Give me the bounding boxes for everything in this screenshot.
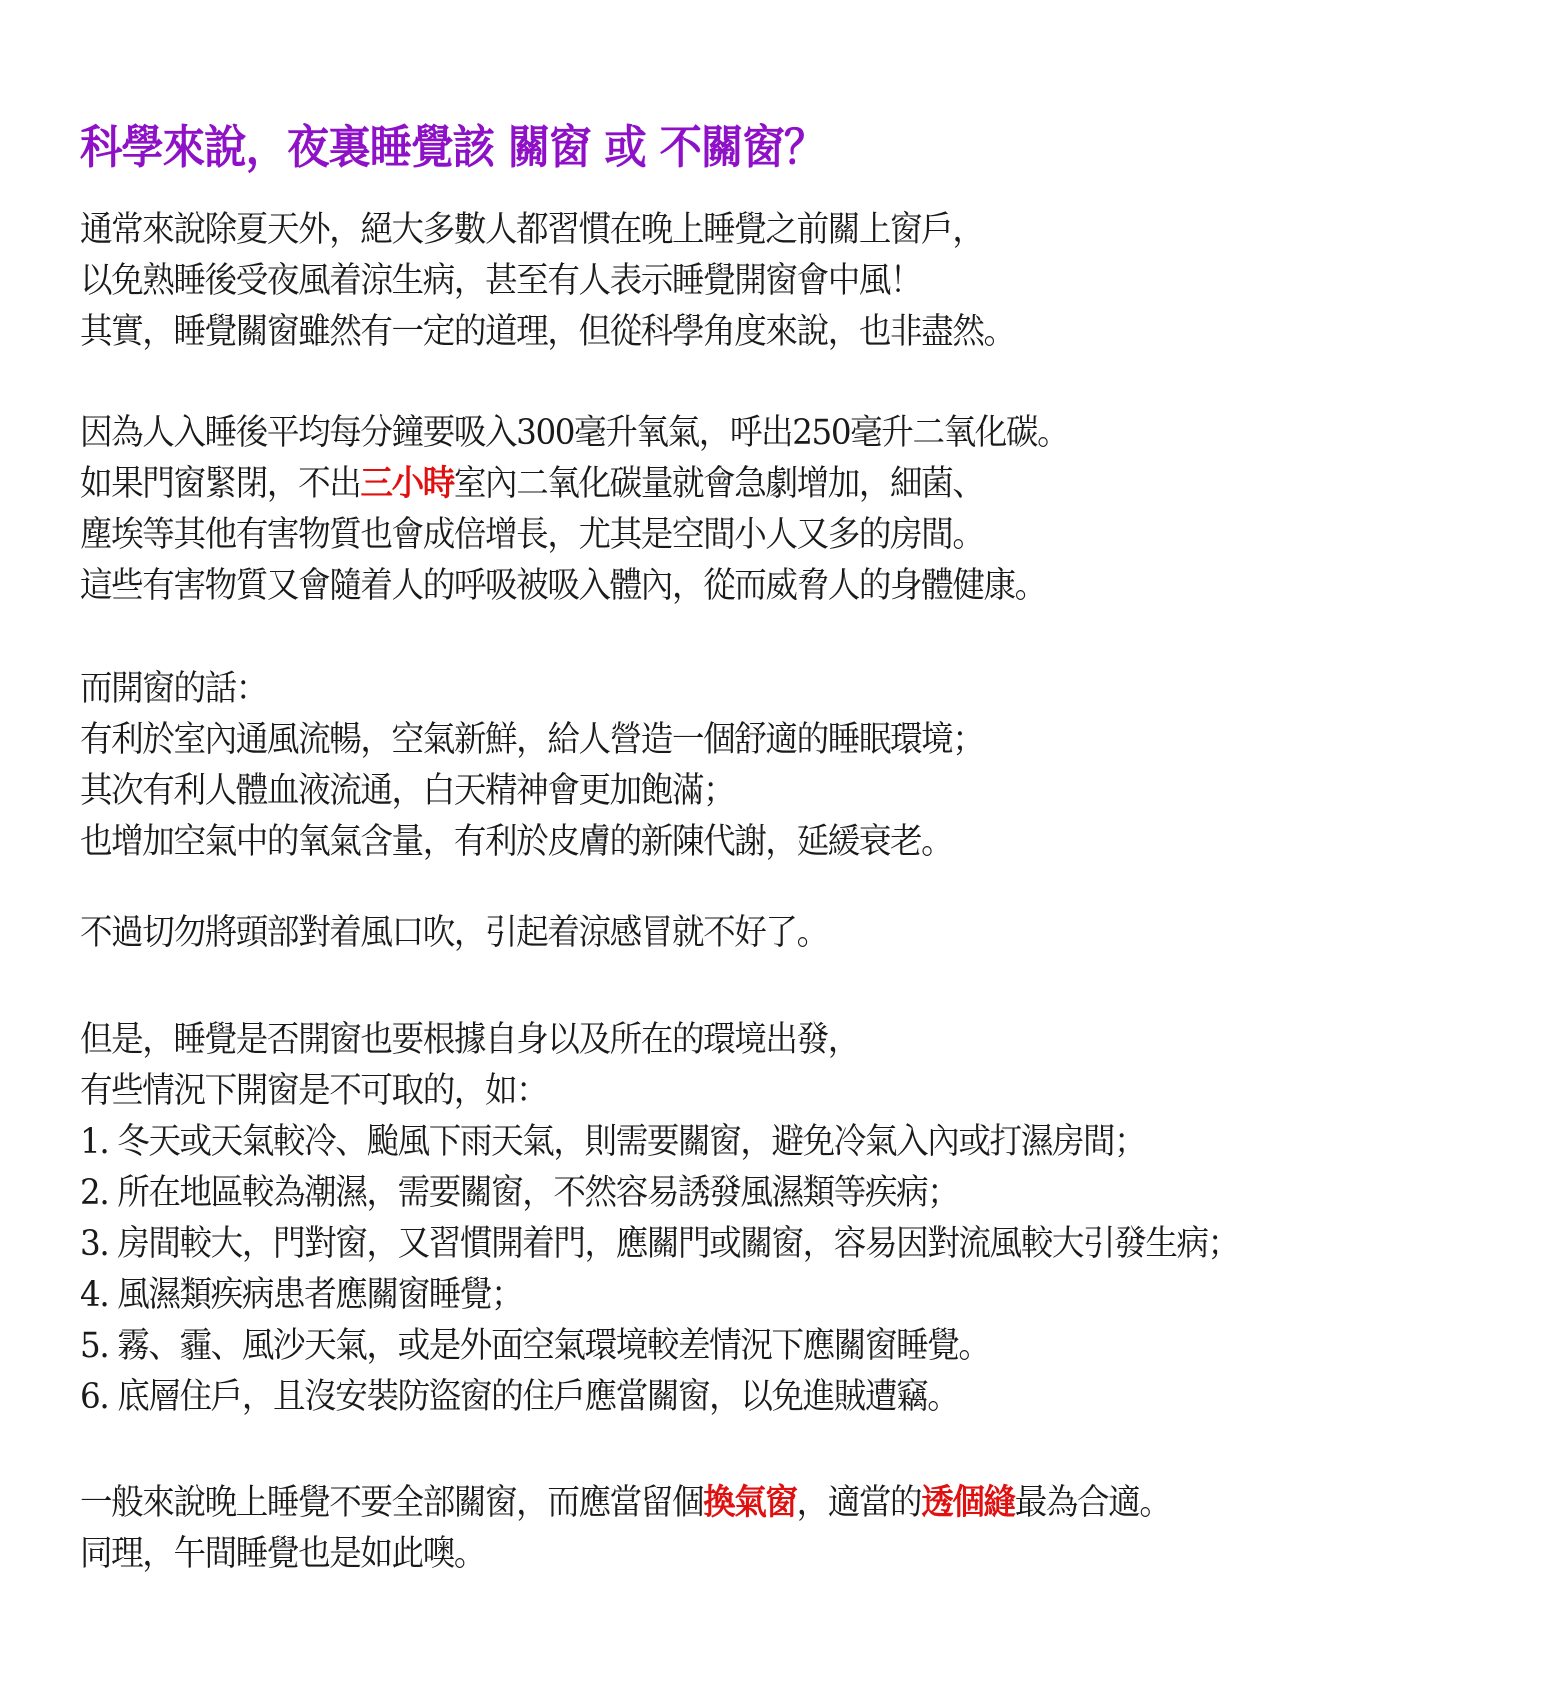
text-line: 因為人入睡後平均每分鐘要吸入300毫升氧氣，呼出250毫升二氧化碳。 xyxy=(80,408,1068,459)
list-item: 2. 所在地區較為潮濕，需要關窗，不然容易誘發風濕類等疾病； xyxy=(80,1168,1239,1219)
list-item: 5. 霧、霾、風沙天氣，或是外面空氣環境較差情況下應關窗睡覺。 xyxy=(80,1321,1239,1372)
conclusion-paragraph: 一般來說晚上睡覺不要全部關窗，而應當留個換氣窗，適當的透個縫最為合適。 同理，午… xyxy=(80,1478,1253,1580)
text-line: 有些情況下開窗是不可取的，如： xyxy=(80,1066,1239,1117)
text-line: 而開窗的話： xyxy=(80,664,984,715)
text-segment: 室內二氧化碳量就會急劇增加，細菌、 xyxy=(454,464,984,504)
exceptions-paragraph: 但是，睡覺是否開窗也要根據自身以及所在的環境出發， 有些情況下開窗是不可取的，如… xyxy=(80,1015,1326,1423)
text-line: 其實，睡覺關窗雖然有一定的道理，但從科學角度來說，也非盡然。 xyxy=(80,307,1015,358)
text-line: 不過切勿將頭部對着風口吹，引起着涼感冒就不好了。 xyxy=(80,908,828,959)
co2-paragraph: 因為人入睡後平均每分鐘要吸入300毫升氧氣，呼出250毫升二氧化碳。 如果門窗緊… xyxy=(80,408,1143,612)
text-line: 其次有利人體血液流通，白天精神會更加飽滿； xyxy=(80,766,984,817)
intro-paragraph: 通常來說除夏天外，絕大多數人都習慣在晚上睡覺之前關上窗戶， 以免熟睡後受夜風着涼… xyxy=(80,205,1085,358)
text-line: 這些有害物質又會隨着人的呼吸被吸入體內，從而威脅人的身體健康。 xyxy=(80,561,1068,612)
text-line: 有利於室內通風流暢，空氣新鮮，給人營造一個舒適的睡眠環境； xyxy=(80,715,984,766)
highlight-three-hours: 三小時 xyxy=(360,464,453,504)
warning-paragraph: 不過切勿將頭部對着風口吹，引起着涼感冒就不好了。 xyxy=(80,908,884,959)
text-line: 同理，午間睡覺也是如此噢。 xyxy=(80,1529,1170,1580)
article-title: 科學來說，夜裏睡覺該 關窗 或 不關窗？ xyxy=(80,115,825,179)
text-line: 一般來說晚上睡覺不要全部關窗，而應當留個換氣窗，適當的透個縫最為合適。 xyxy=(80,1478,1170,1529)
text-segment: 一般來說晚上睡覺不要全部關窗，而應當留個 xyxy=(80,1483,703,1523)
text-line: 也增加空氣中的氧氣含量，有利於皮膚的新陳代謝，延緩衰老。 xyxy=(80,817,984,868)
text-segment: 最為合適。 xyxy=(1015,1483,1171,1523)
text-line: 通常來說除夏天外，絕大多數人都習慣在晚上睡覺之前關上窗戶， xyxy=(80,205,1015,256)
list-item: 1. 冬天或天氣較冷、颱風下雨天氣，則需要關窗，避免冷氣入內或打濕房間； xyxy=(80,1117,1239,1168)
text-line: 塵埃等其他有害物質也會成倍增長，尤其是空間小人又多的房間。 xyxy=(80,510,1068,561)
text-line: 但是，睡覺是否開窗也要根據自身以及所在的環境出發， xyxy=(80,1015,1239,1066)
list-item: 4. 風濕類疾病患者應關窗睡覺； xyxy=(80,1270,1239,1321)
text-segment: ，適當的 xyxy=(797,1483,922,1523)
text-segment: 如果門窗緊閉，不出 xyxy=(80,464,360,504)
highlight-open-gap: 透個縫 xyxy=(921,1483,1014,1523)
benefits-paragraph: 而開窗的話： 有利於室內通風流暢，空氣新鮮，給人營造一個舒適的睡眠環境； 其次有… xyxy=(80,664,1052,868)
highlight-vent-window: 換氣窗 xyxy=(703,1483,796,1523)
text-line: 以免熟睡後受夜風着涼生病，甚至有人表示睡覺開窗會中風！ xyxy=(80,256,1015,307)
text-line: 如果門窗緊閉，不出三小時室內二氧化碳量就會急劇增加，細菌、 xyxy=(80,459,1068,510)
list-item: 6. 底層住戶，且沒安裝防盜窗的住戶應當關窗，以免進賊遭竊。 xyxy=(80,1372,1239,1423)
list-item: 3. 房間較大，門對窗，又習慣開着門，應關門或關窗，容易因對流風較大引發生病； xyxy=(80,1219,1239,1270)
